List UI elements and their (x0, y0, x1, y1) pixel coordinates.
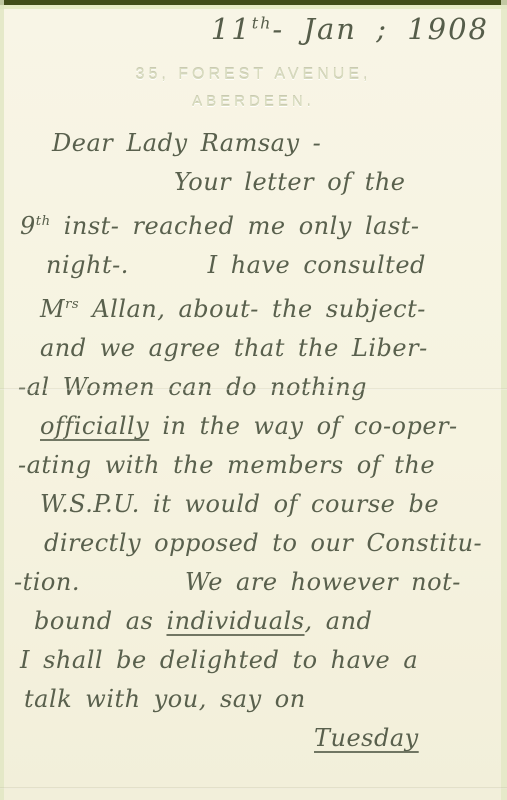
underlined-text: individuals (166, 607, 304, 635)
letter-line: -tion. We are however not- (14, 563, 497, 602)
letter-paper: 11th- Jan ; 1908 35, FOREST AVENUE, ABER… (0, 0, 507, 800)
scan-top-edge-light (0, 5, 507, 9)
letter-line: officially in the way of co-oper- (40, 407, 497, 446)
handwritten-text: Dear Lady Ramsay - (52, 129, 321, 157)
letterhead-city: ABERDEEN. (0, 88, 507, 116)
handwritten-text: in the way of co-oper- (149, 412, 457, 440)
letter-line: W.S.P.U. it would of course be (40, 485, 497, 524)
letter-line: directly opposed to our Constitu- (44, 524, 497, 563)
handwritten-text: -ating with the members of the (18, 451, 435, 479)
paper-fold-crease (0, 388, 507, 390)
letter-line: bound as individuals, and (34, 602, 497, 641)
handwritten-date: 11th- Jan ; 1908 (0, 12, 507, 46)
handwritten-text: W.S.P.U. it would of course be (40, 490, 439, 518)
letterhead-address: 35, FOREST AVENUE, (0, 62, 507, 88)
letterhead: 35, FOREST AVENUE, ABERDEEN. (0, 62, 507, 116)
handwritten-text: inst- reached me only last- (51, 212, 420, 240)
letter-line: I shall be delighted to have a (20, 641, 497, 680)
handwritten-text: - Jan ; 1908 (272, 12, 489, 46)
letter-line: talk with you, say on (24, 680, 497, 719)
handwritten-text: 11 (211, 12, 252, 46)
letter-line: Tuesday (314, 719, 497, 758)
handwritten-text: talk with you, say on (24, 685, 306, 713)
letter-line: Dear Lady Ramsay - (52, 124, 497, 163)
handwritten-text: Allan, about- the subject- (79, 295, 426, 323)
letter-line: Your letter of the (174, 163, 497, 202)
handwritten-text: th (36, 214, 51, 229)
handwritten-text: bound as (34, 607, 166, 635)
handwritten-text: night-. I have consulted (46, 251, 426, 279)
paper-bottom-crease (0, 787, 507, 789)
letter-body: Dear Lady Ramsay -Your letter of the9th … (0, 124, 507, 758)
letter-line: -ating with the members of the (18, 446, 497, 485)
letter-line: Mrs Allan, about- the subject- (40, 285, 497, 329)
letter-line: night-. I have consulted (46, 246, 497, 285)
handwritten-text: th (252, 13, 273, 32)
handwritten-text: 9 (20, 212, 36, 240)
handwritten-text: -tion. We are however not- (14, 568, 461, 596)
letter-line: and we agree that the Liber- (40, 329, 497, 368)
underlined-text: Tuesday (314, 724, 419, 752)
handwritten-text: rs (65, 297, 79, 312)
handwritten-text: I shall be delighted to have a (20, 646, 418, 674)
handwritten-text: and we agree that the Liber- (40, 334, 428, 362)
handwritten-text: M (40, 295, 65, 323)
handwritten-text: , and (305, 607, 373, 635)
letter-line: 9th inst- reached me only last- (20, 202, 497, 246)
handwritten-text: Your letter of the (174, 168, 406, 196)
handwritten-text: directly opposed to our Constitu- (44, 529, 482, 557)
handwritten-text: -al Women can do nothing (18, 373, 367, 401)
underlined-text: officially (40, 412, 149, 440)
